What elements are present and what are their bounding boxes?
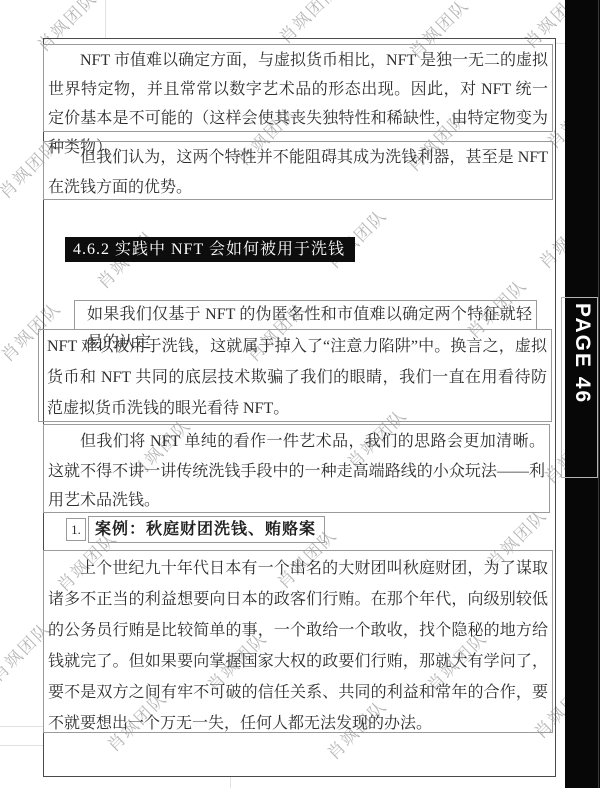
paragraph-block-3-rest: NFT 难以被用于洗钱，这就属于掉入了“注意力陷阱”中。换言之，虚拟货币和 NF… <box>38 329 552 422</box>
paragraph-text: 但我们认为，这两个特性并不能阻碍其成为洗钱利器，甚至是 NFT 在洗钱方面的优势… <box>48 143 548 202</box>
paragraph-text: NFT 难以被用于洗钱，这就属于掉入了“注意力陷阱”中。换言之，虚拟货币和 NF… <box>47 331 547 424</box>
case-number-badge: 1. <box>66 518 86 541</box>
case-heading: 案例：秋庭财团洗钱、贿赂案 <box>88 516 325 543</box>
banner-edge-line <box>598 0 599 788</box>
page-number-label: PAGE 46 <box>570 303 594 404</box>
paragraph-block-1: NFT 市值难以确定方面，与虚拟货币相比，NFT 是独一无二的虚拟世界特定物，并… <box>43 44 553 132</box>
paragraph-block-5: 上个世纪九十年代日本有一个出名的大财团叫秋庭财团，为了谋取诸多不正当的利益想要向… <box>43 550 553 733</box>
paragraph-block-4: 但我们将 NFT 单纯的看作一件艺术品，我们的思路会更加清晰。这就不得不讲一讲传… <box>43 424 550 513</box>
paragraph-block-2: 但我们认为，这两个特性并不能阻碍其成为洗钱利器，甚至是 NFT 在洗钱方面的优势… <box>43 141 553 200</box>
paragraph-text: 上个世纪九十年代日本有一个出名的大财团叫秋庭财团，为了谋取诸多不正当的利益想要向… <box>48 553 548 739</box>
paragraph-text: 但我们将 NFT 单纯的看作一件艺术品，我们的思路会更加清晰。这就不得不讲一讲传… <box>48 427 545 516</box>
section-heading: 4.6.2 实践中 NFT 会如何被用于洗钱 <box>65 237 355 262</box>
paragraph-block-3-first-line: 如果我们仅基于 NFT 的伪匿名性和市值难以确定两个特征就轻易的认定 <box>74 300 537 330</box>
document-page: 肖飒团队肖飒团队肖飒团队肖飒团队肖飒团队肖飒团队肖飒团队肖飒团队肖飒团队肖飒团队… <box>0 0 600 788</box>
